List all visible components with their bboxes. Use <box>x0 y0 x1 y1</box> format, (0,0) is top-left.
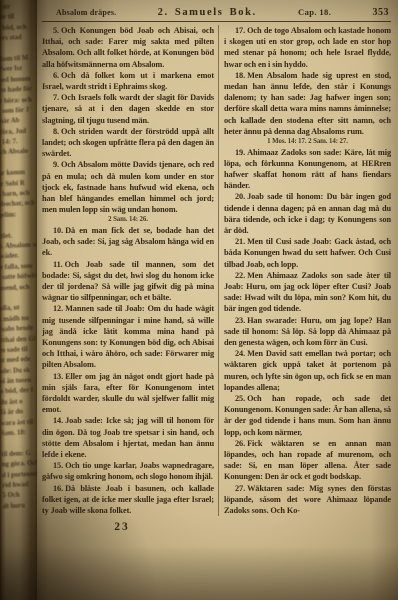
verse-number: 23. <box>235 316 245 325</box>
verse-number: 26. <box>235 439 245 448</box>
verse-text: Och tio unge karlar, Joabs wapnedragare,… <box>42 461 214 481</box>
verse-number: 7. <box>53 93 59 102</box>
verse-24: 24.Men David satt emellan twå portar; oc… <box>224 348 391 393</box>
verse-14: 14.Joab sade: Icke så; jag will til hono… <box>42 415 214 460</box>
verse-number: 11. <box>53 260 63 269</box>
verse-text: Och Joab sade til mannen, som det bodade… <box>42 260 214 303</box>
text-columns: 5.Och Konungen böd Joab och Abisai, och … <box>42 25 391 516</box>
verse-text: Och Konungen böd Joab och Abisai, och It… <box>42 26 214 69</box>
verse-text: Joab sade til honom: Du bär ingen god ti… <box>224 192 391 235</box>
verse-text: Han swarade: Huru, om jag lope? Han sade… <box>224 316 391 347</box>
verse-number: 21. <box>235 237 245 246</box>
gutter-fragment: wara äst til <box>0 416 37 429</box>
chapter-label: Cap. 18. <box>298 7 331 17</box>
gutter-fragment: n böd, der f <box>0 385 37 398</box>
verse-number: 22. <box>235 271 245 280</box>
verse-number: 10. <box>53 226 63 235</box>
verse-18: 18.Men Absalom hade sig uprest en stod, … <box>224 70 391 137</box>
verse-number: 14. <box>53 416 63 425</box>
verse-7: 7.Och Israels folk wardt der slagit för … <box>42 92 214 126</box>
verse-25: 25.Och han ropade, och sade det Konungen… <box>224 393 391 438</box>
verse-text: Eller om jag än något ondt gjort hade på… <box>42 372 214 415</box>
verse-number: 5. <box>53 26 59 35</box>
verse-number: 19. <box>235 148 245 157</box>
verse-13: 13.Eller om jag än något ondt gjort hade… <box>42 371 214 416</box>
verse-number: 16. <box>53 484 63 493</box>
verse-text: Men David satt emellan twå portar; och w… <box>224 349 391 392</box>
verse-6: 6.Och då folket kom ut i markena emot Is… <box>42 70 214 92</box>
verse-10: 10.Då en man fick det se, bodade han det… <box>42 225 214 259</box>
verse-9: 9.Och Absalom mötte Davids tjenare, och … <box>42 159 214 215</box>
book-title: 2. Samuels Bok. <box>158 7 257 18</box>
verse-15: 15.Och tio unge karlar, Joabs wapnedraga… <box>42 460 214 482</box>
verse-11: 11.Och Joab sade til mannen, som det bod… <box>42 259 214 304</box>
verse-5: 5.Och Konungen böd Joab och Abisai, och … <box>42 25 214 70</box>
signature-mark: 23 <box>42 521 202 533</box>
verse-text: Då en man fick det se, bodade han det Jo… <box>42 226 214 257</box>
verse-22: 22.Men Ahimaaz Zadoks son sade åter til … <box>224 270 391 315</box>
verse-number: 8. <box>53 127 59 136</box>
verse-text: Men til Cusi sade Joab: Gack åstad, och … <box>224 237 391 268</box>
verse-number: 15. <box>53 461 63 470</box>
verse-12: 12.Mannen sade til Joab: Om du hade wägi… <box>42 303 214 370</box>
verse-text: Fick wäktaren se en annan man löpandes, … <box>224 439 391 482</box>
verse-text: Men Ahimaaz Zadoks son sade åter til Joa… <box>224 271 391 314</box>
verse-17: 17.Och de togo Absalom och kastade honom… <box>224 25 391 70</box>
facing-page-edge: fens strag för tilblef böd, ochfaders st… <box>0 0 37 600</box>
cross-reference: 2 Sam. 14: 26. <box>42 215 214 225</box>
verse-number: 25. <box>235 394 245 403</box>
text-column-left: 5.Och Konungen böd Joab och Abisai, och … <box>42 25 218 516</box>
verse-8: 8.Och striden wardt der förströdd uppå a… <box>42 126 214 160</box>
verse-text: Och striden wardt der förströdd uppå all… <box>42 127 214 158</box>
running-head: Absalom dräpes. <box>56 8 116 17</box>
verse-text: Och Absalom mötte Davids tjenare, och re… <box>42 160 214 214</box>
page-353: Absalom dräpes. 2. Samuels Bok. Cap. 18.… <box>40 0 394 600</box>
verse-text: Då blåste Joab i basunen, och kallade fo… <box>42 484 214 515</box>
verse-text: Joab sade: Icke så; jag will til honom f… <box>42 416 214 459</box>
verse-number: 24. <box>235 349 245 358</box>
verse-text: Mannen sade til Joab: Om du hade wägit m… <box>42 304 214 369</box>
verse-text: Och de togo Absalom och kastade honom i … <box>224 26 391 69</box>
verse-21: 21.Men til Cusi sade Joab: Gack åstad, o… <box>224 236 391 270</box>
verse-number: 12. <box>53 304 63 313</box>
book-photo: fens strag för tilblef böd, ochfaders st… <box>0 0 398 600</box>
page-header: Absalom dräpes. 2. Samuels Bok. Cap. 18.… <box>42 7 391 18</box>
verse-text: Men Absalom hade sig uprest en stod, med… <box>224 71 391 136</box>
gutter-fragment: Sobochar, och <box>0 198 37 211</box>
verse-text: Och Israels folk wardt der slagit för Da… <box>42 93 214 124</box>
verse-text: Och han ropade, och sade det Konungenom.… <box>224 394 391 437</box>
verse-19: 19.Ahimaaz Zadoks son sade: Käre, låt mi… <box>224 147 391 192</box>
verse-26: 26.Fick wäktaren se en annan man löpande… <box>224 438 391 483</box>
verse-number: 13. <box>53 372 63 381</box>
verse-16: 16.Då blåste Joab i basunen, och kallade… <box>42 483 214 517</box>
verse-number: 17. <box>235 26 245 35</box>
verse-number: 6. <box>53 71 59 80</box>
gutter-fragment: h satte höfwits <box>0 271 37 284</box>
page-number: 353 <box>372 7 389 18</box>
verse-number: 9. <box>53 160 59 169</box>
text-column-right: 17.Och de togo Absalom och kastade honom… <box>219 25 391 516</box>
verse-text: Wäktaren sade: Mig synes den förstas löp… <box>224 484 391 515</box>
verse-number: 27. <box>235 484 245 493</box>
verse-23: 23.Han swarade: Huru, om jag lope? Han s… <box>224 315 391 349</box>
verse-number: 20. <box>235 192 245 201</box>
cross-reference: 1 Mos. 14: 17. 2 Sam. 14: 27. <box>224 137 391 147</box>
verse-number: 18. <box>235 71 245 80</box>
gutter-fragments: fens strag för tilblef böd, ochfaders st… <box>0 1 37 523</box>
verse-text: Och då folket kom ut i markena emot Isra… <box>42 71 214 91</box>
verse-text: Ahimaaz Zadoks son sade: Käre, låt mig l… <box>224 148 391 191</box>
header-rule <box>42 21 391 22</box>
verse-20: 20.Joab sade til honom: Du bär ingen god… <box>224 191 391 236</box>
verse-27: 27.Wäktaren sade: Mig synes den förstas … <box>224 483 391 517</box>
